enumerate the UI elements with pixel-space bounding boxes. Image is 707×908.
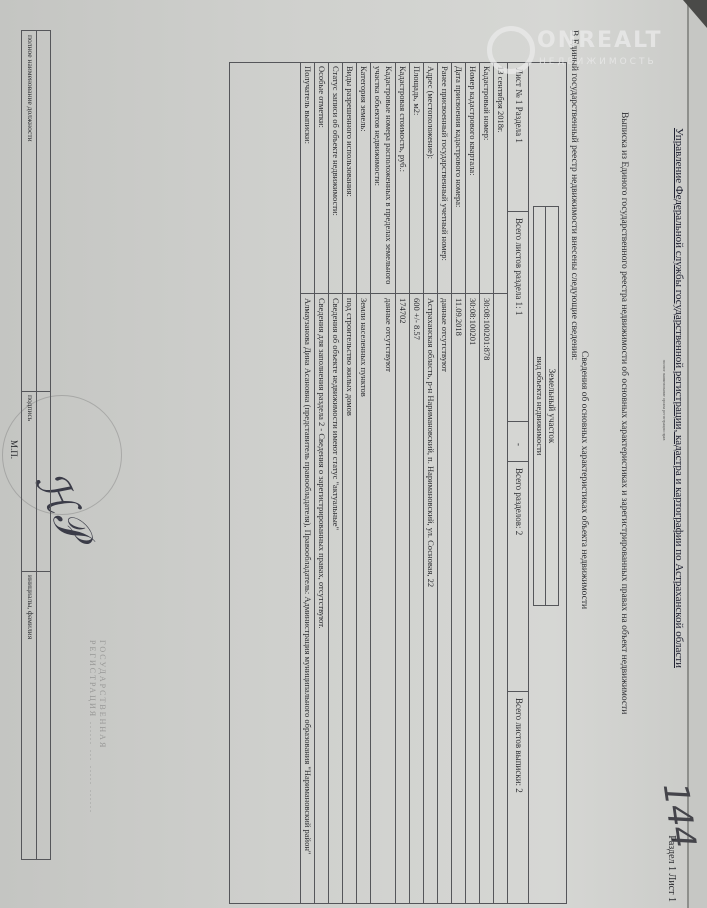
watermark-tagline: НЕДВИЖИМОСТЬ xyxy=(539,57,657,67)
row-label: Дата присвоения кадастрового номера: xyxy=(452,62,465,294)
row-value: Сведения для заполнения раздела 2 - Свед… xyxy=(315,294,328,904)
row-label: Кадастровый номер: xyxy=(480,62,493,294)
row-label: Площадь, м2: xyxy=(410,62,423,294)
row-label: Ранее присвоенный государственный учетны… xyxy=(438,62,451,294)
row-label: Получатель выписки: xyxy=(301,62,314,294)
agency-name: Управление Федеральной службы государств… xyxy=(673,118,685,678)
section-reference: Раздел 1 Лист 1 xyxy=(666,835,677,902)
row-value: 600 +/- 8.57 xyxy=(410,294,423,904)
sheets-total: Всего листов выписки: 2 xyxy=(508,692,528,904)
row-value xyxy=(494,294,507,904)
row-label: Номер кадастрового квартала: xyxy=(466,62,479,294)
row-label: Категория земель: xyxy=(357,62,370,294)
row-label: Статус записи об объекте недвижимости: xyxy=(329,62,342,294)
table-row: Категория земель:Земли населенных пункто… xyxy=(356,62,370,904)
sheet-dash: - xyxy=(508,422,528,462)
table-row: Ранее присвоенный государственный учетны… xyxy=(437,62,451,904)
row-value: Алмаузанова Дина Асановна (представитель… xyxy=(301,294,314,904)
table-row: 13 сентября 2018г. xyxy=(493,62,507,904)
onrealt-watermark: ONREALT НЕДВИЖИМОСТЬ xyxy=(487,26,687,76)
row-value: данные отсутствуют xyxy=(371,294,395,904)
signature-block: полное наименование должности подпись ин… xyxy=(21,30,51,860)
signature-caption: подпись xyxy=(26,395,35,421)
row-value: Астраханская область, р-н Наримановский,… xyxy=(424,294,437,904)
table-row: Кадастровый номер:30:08:100201:878 xyxy=(479,62,493,904)
agency-caption: полное наименование органа регистрации п… xyxy=(662,300,667,500)
row-label: Особые отметки: xyxy=(315,62,328,294)
extract-document: 144 Управление Федеральной службы госуда… xyxy=(0,0,707,908)
faint-registration-stamp: ГОСУДАРСТВЕННАЯ РЕГИСТРАЦИЯ ...... ... .… xyxy=(87,640,107,820)
row-label: Кадастровая стоимость, руб.: xyxy=(396,62,409,294)
row-value: 11.09.2018 xyxy=(452,294,465,904)
row-value: 30:08:100201 xyxy=(466,294,479,904)
handwritten-number: 144 xyxy=(655,781,704,851)
table-row: Номер кадастрового квартала:30:08:100201 xyxy=(465,62,479,904)
table-row: Площадь, м2:600 +/- 8.57 xyxy=(409,62,423,904)
sheets-in-section: Всего листов раздела 1: 1 xyxy=(508,212,528,422)
house-logo-icon xyxy=(487,26,535,74)
seal-place: М.П. xyxy=(9,440,19,459)
row-value: данные отсутствуют xyxy=(438,294,451,904)
row-label: 13 сентября 2018г. xyxy=(494,62,507,294)
table-row: Виды разрешенного использования:под стро… xyxy=(342,62,356,904)
table-row: Кадастровые номера расположенных в преде… xyxy=(370,62,395,904)
name-caption: инициалы, фамилия xyxy=(26,575,35,639)
row-label: Адрес (местоположение): xyxy=(424,62,437,294)
table-row: Статус записи об объекте недвижимости:Св… xyxy=(328,62,342,904)
characteristics-table: 13 сентября 2018г.Кадастровый номер:30:0… xyxy=(300,62,507,904)
sheet-info-row: Лист № 1 Раздела 1 Всего листов раздела … xyxy=(507,62,529,904)
row-label: Виды разрешенного использования: xyxy=(343,62,356,294)
object-type-caption: вид объекта недвижимости xyxy=(533,206,545,606)
object-type: Земельный участок xyxy=(545,206,559,606)
row-value: 174702 xyxy=(396,294,409,904)
watermark-brand: ONREALT xyxy=(537,28,663,53)
row-value: 30:08:100201:878 xyxy=(480,294,493,904)
sheet-number: Лист № 1 Раздела 1 xyxy=(508,62,528,212)
table-row: Кадастровая стоимость, руб.:174702 xyxy=(395,62,409,904)
position-caption: полное наименование должности xyxy=(26,35,35,142)
intro-text: В Единый государственный реестр недвижим… xyxy=(569,30,579,360)
info-title: Сведения об основных характеристиках объ… xyxy=(579,250,589,710)
row-value: Земли населенных пунктов xyxy=(357,294,370,904)
table-row: Получатель выписки:Алмаузанова Дина Асан… xyxy=(300,62,314,904)
table-row: Адрес (местоположение):Астраханская обла… xyxy=(423,62,437,904)
row-value: под строительство жилых домов xyxy=(343,294,356,904)
table-row: Особые отметки:Сведения для заполнения р… xyxy=(314,62,328,904)
table-row: Дата присвоения кадастрового номера:11.0… xyxy=(451,62,465,904)
row-label: Кадастровые номера расположенных в преде… xyxy=(371,62,395,294)
row-value: Сведения об объекте недвижимости имеют с… xyxy=(329,294,342,904)
extract-title: Выписка из Единого государственного реес… xyxy=(619,112,629,792)
sections-total: Всего разделов: 2 xyxy=(508,462,528,692)
